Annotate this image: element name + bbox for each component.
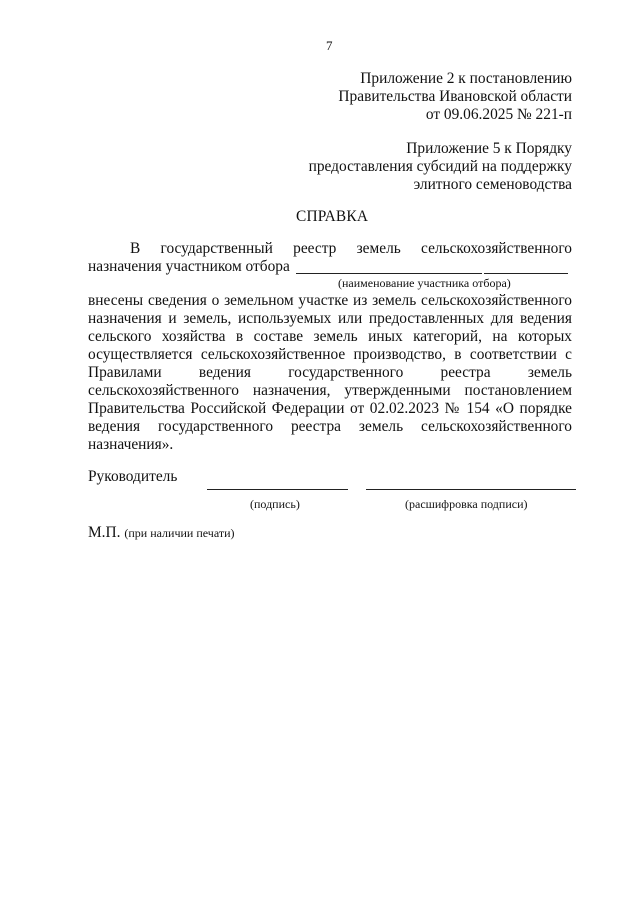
page-number: 7	[326, 38, 333, 54]
body-line: осуществляется сельскохозяйственное прои…	[88, 346, 572, 364]
body-line: назначения и земель, используемых или пр…	[88, 310, 572, 328]
appendix-line: от 09.06.2025 № 221-п	[338, 106, 572, 124]
signature-fill-line	[207, 489, 348, 490]
appendix-reference-procedure: Приложение 5 к Порядку предоставления су…	[309, 140, 572, 194]
signature-caption: (подпись)	[250, 497, 300, 511]
stamp-note: (при наличии печати)	[124, 526, 234, 540]
body-line: ведения государственного реестра земель …	[88, 418, 572, 436]
body-line: сельского хозяйства в составе земель ины…	[88, 328, 572, 346]
signature-decoding-fill-line	[366, 489, 576, 490]
appendix-line: Приложение 5 к Порядку	[309, 140, 572, 158]
stamp-line: М.П. (при наличии печати)	[88, 524, 235, 542]
body-line: Правилами ведения государственного реест…	[88, 364, 572, 382]
body-line-participant: назначения участником отбора	[88, 258, 290, 276]
appendix-line: элитного семеноводства	[309, 176, 572, 194]
signatory-role-label: Руководитель	[88, 468, 177, 486]
document-title: СПРАВКА	[296, 208, 368, 226]
participant-fill-line-continuation	[484, 273, 568, 274]
stamp-label: М.П.	[88, 524, 121, 541]
appendix-line: предоставления субсидий на поддержку	[309, 158, 572, 176]
body-line: внесены сведения о земельном участке из …	[88, 292, 572, 310]
body-line: Правительства Российской Федерации от 02…	[88, 400, 572, 418]
body-line: сельскохозяйственного назначения, утверж…	[88, 382, 572, 400]
appendix-reference-resolution: Приложение 2 к постановлению Правительст…	[338, 70, 572, 124]
body-line: В государственный реестр земель сельскох…	[88, 240, 572, 258]
body-line: назначения».	[88, 436, 572, 454]
appendix-line: Приложение 2 к постановлению	[338, 70, 572, 88]
appendix-line: Правительства Ивановской области	[338, 88, 572, 106]
participant-fill-line	[296, 273, 482, 274]
participant-caption: (наименование участника отбора)	[338, 276, 511, 290]
signature-decoding-caption: (расшифровка подписи)	[405, 497, 528, 511]
